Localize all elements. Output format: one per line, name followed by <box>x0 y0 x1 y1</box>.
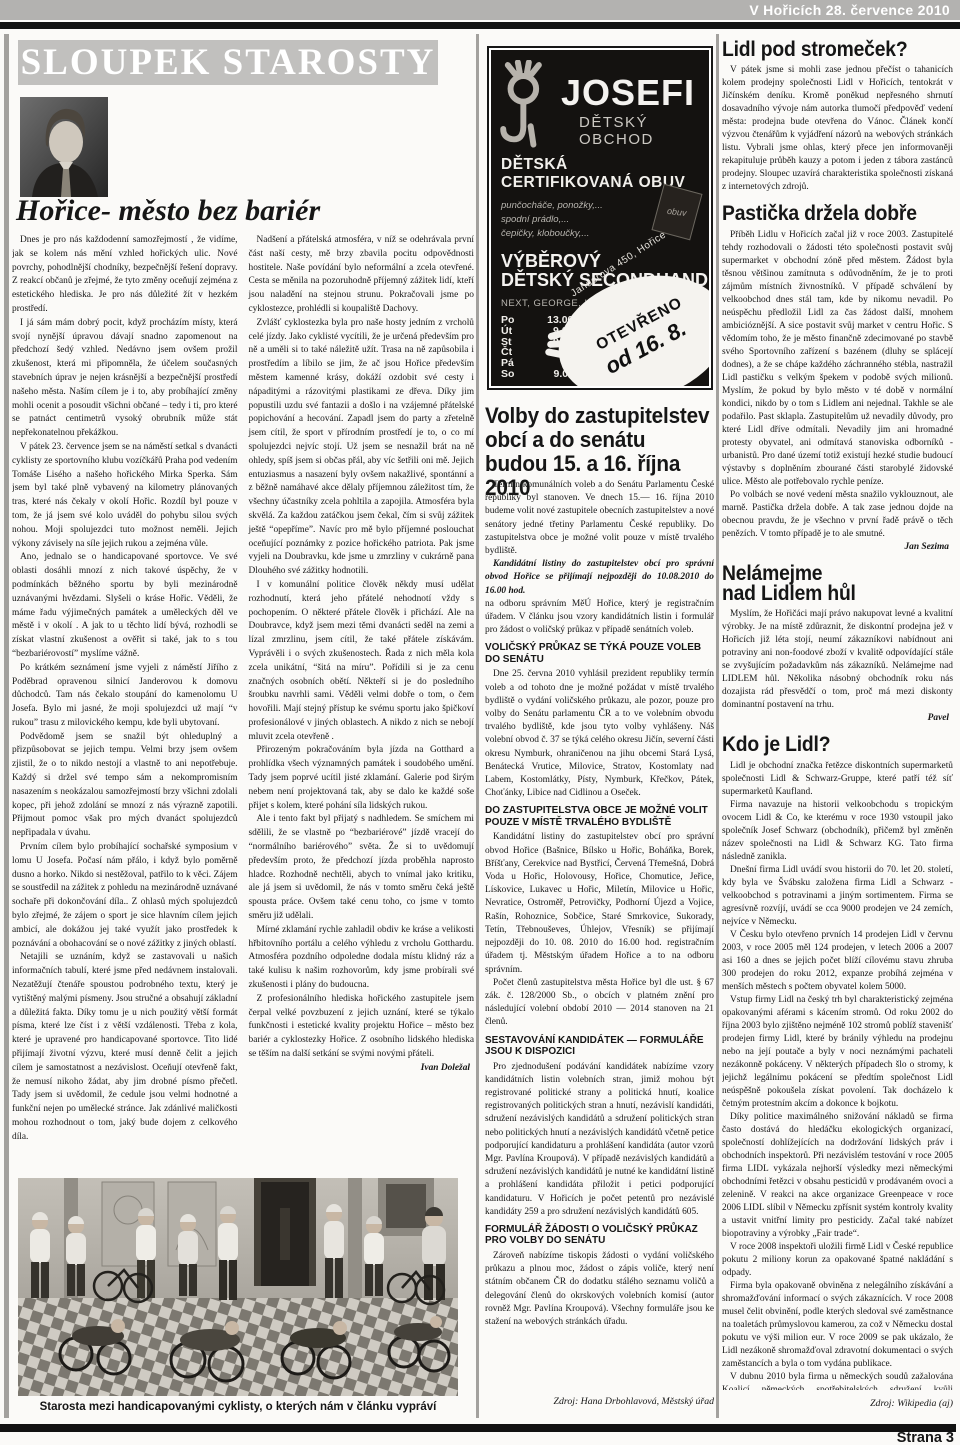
page-number: Strana 3 <box>897 1430 954 1445</box>
article-paragraph: Po krátkém seznámení jsme vyjeli z náměs… <box>12 662 238 731</box>
article-lidl-intro: Lidl pod stromeček? V pátek jsme si mohl… <box>722 40 953 194</box>
article-paragraph: Lidl je obchodní značka řetězce diskontn… <box>722 760 953 799</box>
article-paragraph: Ano, jednalo se o handicapované sportovc… <box>12 551 238 661</box>
mayor-portrait-photo <box>20 97 108 197</box>
article-paragraph: Přirozeným pokračováním byla jízda na Go… <box>249 744 475 813</box>
column-rule-middle <box>476 34 479 1418</box>
ad-certified-shoes-title: DĚTSKÁ CERTIFIKOVANÁ OBUV <box>501 156 685 191</box>
cyclists-group-photo <box>18 1178 458 1396</box>
section-subheading: FORMULÁŘ ŽÁDOSTI O VOLIČSKÝ PRŮKAZ PRO V… <box>485 1224 714 1247</box>
article-headline: Lidl pod stromeček? <box>722 40 935 60</box>
hours-day: Út <box>501 326 523 337</box>
author-signature: Pavel <box>722 712 953 725</box>
newspaper-page: V Hořicích 28. července 2010 SLOUPEK STA… <box>0 0 960 1445</box>
article-paragraph: na odboru správním MěÚ Hořice, který je … <box>485 598 714 638</box>
ad-products-list: punčocháče, ponožky,...spodní prádlo,...… <box>501 200 603 242</box>
josefi-ad-inner: JOSEFI DĚTSKÝ OBCHOD DĚTSKÁ CERTIFIKOVAN… <box>491 50 709 386</box>
article-body: Příběh Lidlu v Hořicích začal již v roce… <box>722 229 953 554</box>
article-body: V pátek jsme si mohli zase jednou přečís… <box>722 64 953 194</box>
article-paragraph: Dnešní firma Lidl uvádí svou historii do… <box>722 864 953 929</box>
hours-day: So <box>501 369 523 380</box>
article-body: Myslím, že Hořičáci mají právo nakupovat… <box>722 608 953 725</box>
author-signature: Ivan Doležal <box>249 1062 475 1076</box>
article-paragraph: Příběh Lidlu v Hořicích začal již v roce… <box>722 229 953 489</box>
section-subheading: VOLIČSKÝ PRŮKAZ SE TÝKÁ POUZE VOLEB DO S… <box>485 642 714 665</box>
ad-product-line: punčocháče, ponožky,... <box>501 200 603 211</box>
article-paragraph: I v komunální politice člověk někdy musí… <box>249 579 475 745</box>
mayor-article-headline: Hořice- město bez bariér <box>16 196 462 226</box>
article-paragraph: Myslím, že Hořičáci mají právo nakupovat… <box>722 608 953 712</box>
masthead-dateline: V Hořicích 28. července 2010 <box>749 0 950 20</box>
article-paragraph: Dne 25. června 2010 vyhlásil prezident r… <box>485 668 714 800</box>
article-paragraph: Vstup firmy Lidl na český trh byl charak… <box>722 994 953 1111</box>
article-headline: Nelámejme nad Lidlem hůl <box>722 564 935 605</box>
article-paragraph: V dubnu 2010 byla firma u německých soud… <box>722 1371 953 1390</box>
article-paragraph: Z profesionálního hlediska hořického zas… <box>249 993 475 1062</box>
badge-label: obuv <box>667 206 688 218</box>
column-rule-left <box>4 34 9 1418</box>
article-paragraph: V roce 2008 inspektoři uložili firmě Lid… <box>722 1241 953 1280</box>
article-paragraph: Zvlášť cyklostezka byla pro naše hosty j… <box>249 317 475 579</box>
ad-product-line: spodní prádlo,... <box>501 214 603 225</box>
lidl-source: Zdroj: Wikipedia (aj) <box>722 1398 953 1409</box>
article-paragraph: Podvědomě jsem se snažil být ohleduplný … <box>12 731 238 841</box>
mayor-article-body: Dnes je pro nás každodenní samozřejmostí… <box>12 234 474 1167</box>
column-rule-right <box>716 34 719 1418</box>
article-paragraph: Dnes je pro nás každodenní samozřejmostí… <box>12 234 238 317</box>
article-paragraph: Ale i tento fakt byl přijatý s nadhledem… <box>249 813 475 923</box>
article-pasticka: Pastička držela dobře Příběh Lidlu v Hoř… <box>722 204 953 553</box>
photo-caption: Starosta mezi handicapovanými cyklisty, … <box>18 1401 458 1413</box>
article-paragraph: Zároveň nabízíme tiskopis žádosti o vydá… <box>485 1250 714 1329</box>
article-paragraph: V pátek 23. července jsem se na náměstí … <box>12 441 238 551</box>
article-paragraph: Termín komunálních voleb a do Senátu Par… <box>485 479 714 558</box>
masthead-bar: V Hořicích 28. července 2010 <box>0 0 960 20</box>
ad-brand-name: JOSEFI <box>561 72 695 114</box>
lidl-column: Lidl pod stromeček? V pátek jsme si mohl… <box>722 38 953 1390</box>
article-body: Lidl je obchodní značka řetězce diskontn… <box>722 760 953 1390</box>
section-subheading: SESTAVOVÁNÍ KANDIDÁTEK — FORMULÁŘE JSOU … <box>485 1035 714 1058</box>
section-subheading: DO ZASTUPITELSTVA OBCE JE MOŽNÉ VOLIT PO… <box>485 805 714 828</box>
article-paragraph: Kandidátní listiny do zastupitelstev obc… <box>485 558 714 598</box>
article-paragraph: Firma navazuje na historii velkoobchodu … <box>722 799 953 864</box>
josefi-logo-icon <box>495 60 559 156</box>
article-paragraph: Po volbách se nové vedení města snažilo … <box>722 489 953 541</box>
article-kdo-je-lidl: Kdo je Lidl? Lidl je obchodní značka řet… <box>722 735 953 1390</box>
article-paragraph: Nadšení a přátelská atmosféra, v níž se … <box>249 234 475 317</box>
article-paragraph: Počet členů zastupitelstva města Hořice … <box>485 977 714 1030</box>
article-paragraph: Firma byla opakovaně obviněna z nelegáln… <box>722 1280 953 1371</box>
article-paragraph: Pro zjednodušení podávání kandidátek nab… <box>485 1061 714 1219</box>
article-paragraph: Díky politice maximálného snižování nákl… <box>722 1111 953 1241</box>
article-headline: Kdo je Lidl? <box>722 735 935 755</box>
article-paragraph: Kandidátní listiny do zastupitelstev obc… <box>485 831 714 976</box>
article-paragraph: V Česku bylo otevřeno prvních 14 prodeje… <box>722 929 953 994</box>
josefi-ad: JOSEFI DĚTSKÝ OBCHOD DĚTSKÁ CERTIFIKOVAN… <box>487 46 713 390</box>
elections-source: Zdroj: Hana Drbohlavová, Městský úřad <box>485 1396 714 1407</box>
sloupek-starosty-banner: SLOUPEK STAROSTY <box>18 40 438 85</box>
article-nelamejme: Nelámejme nad Lidlem hůl Myslím, že Hoři… <box>722 564 953 726</box>
article-paragraph: V pátek jsme si mohli zase jednou přečís… <box>722 64 953 194</box>
article-paragraph: Mírné zklamání rychle zahladil obdiv ke … <box>249 924 475 993</box>
ad-brand-subtitle: DĚTSKÝ OBCHOD <box>579 114 709 148</box>
ad-product-line: čepičky, kloboučky,... <box>501 228 603 239</box>
article-paragraph: Netajili se uznáním, když se zastavovali… <box>12 951 238 1144</box>
article-headline: Pastička držela dobře <box>722 204 935 224</box>
author-signature: Jan Sezima <box>722 541 953 554</box>
article-paragraph: I já sám mám dobrý pocit, když procházím… <box>12 317 238 441</box>
article-paragraph: Prvním cílem bylo probíhající sochařské … <box>12 841 238 951</box>
masthead-rule <box>0 22 960 29</box>
footer-rule <box>0 1424 956 1432</box>
elections-body: Termín komunálních voleb a do Senátu Par… <box>485 479 714 1392</box>
